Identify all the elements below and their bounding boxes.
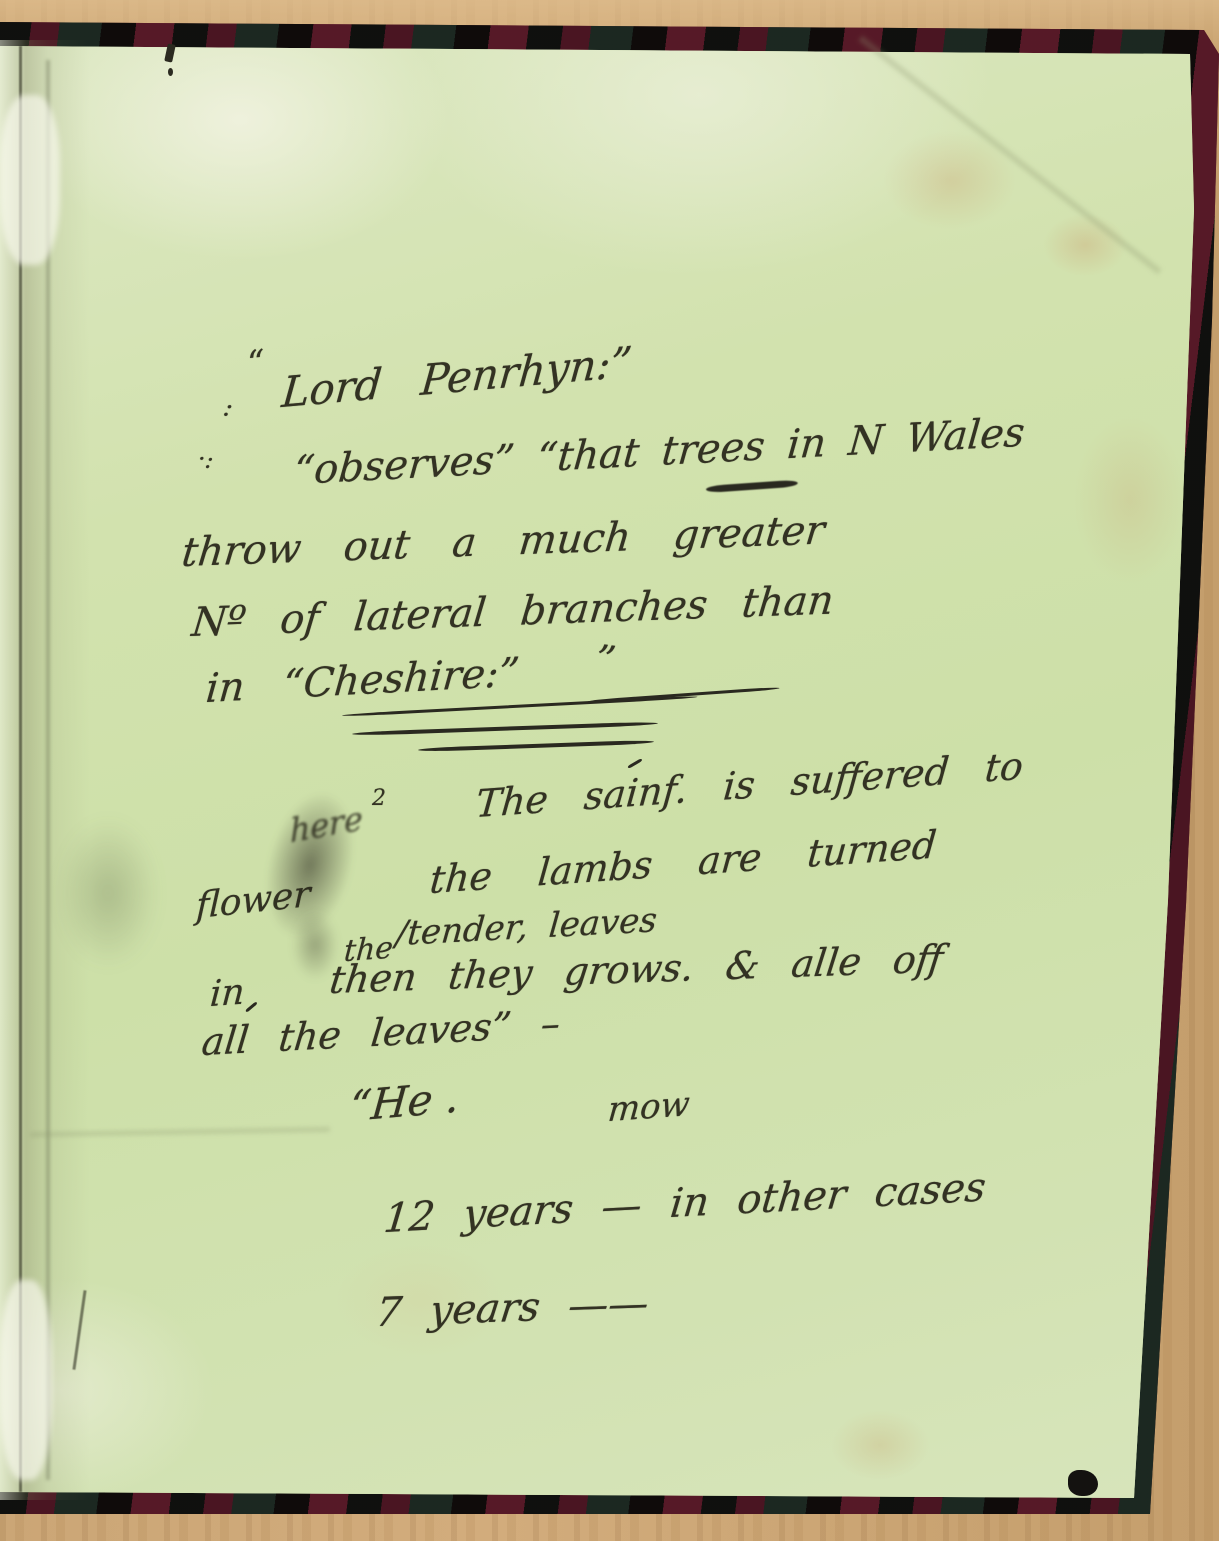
handwriting-line-he: “He . [348,1072,462,1131]
handwriting-here-superscript: 2 [372,786,386,811]
torn-paper-edge-top [0,95,60,265]
handwriting-margin-in: in [209,971,247,1015]
gutter-crease-line-2 [46,60,50,1480]
ink-dot-top-edge [168,68,173,76]
handwriting-line-seven-years: 7 years —— [373,1280,651,1336]
photo-notebook-on-table: “ : ·: Lord Penrhyn:” “observes” “that t… [0,0,1219,1541]
ink-blot-bottom-right [1068,1470,1098,1496]
handwriting-mow: mow [606,1084,691,1130]
torn-paper-edge-bottom [0,1280,52,1480]
thumb-smudge-left-margin [58,818,158,968]
